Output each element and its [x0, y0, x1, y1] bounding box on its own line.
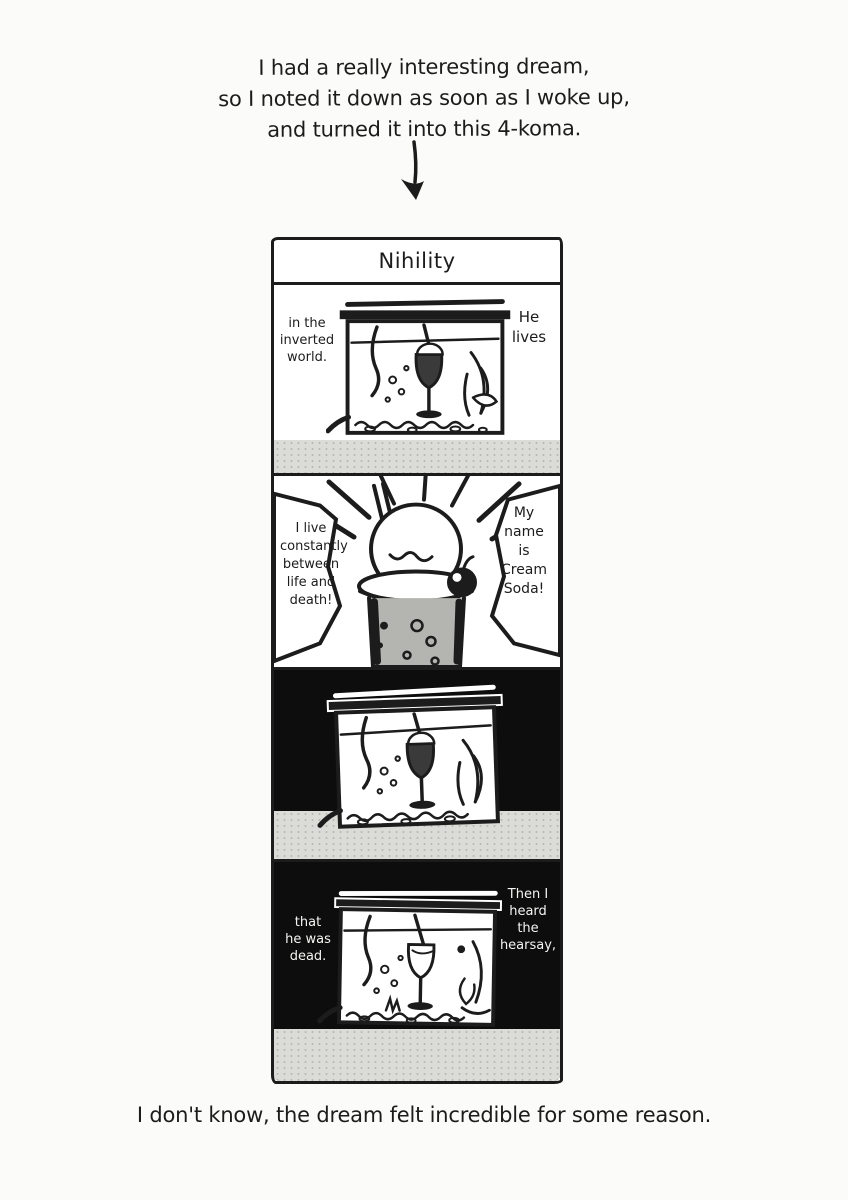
comic-title: Nihility: [378, 249, 455, 273]
down-arrow-icon: [388, 140, 436, 202]
panel-4: that he was dead. Then I heard the hears…: [274, 862, 560, 1081]
panel-2: I live constantly between life and death…: [274, 476, 560, 670]
title-panel: Nihility: [274, 240, 560, 285]
panel1-caption-left: in the inverted world.: [276, 315, 338, 366]
comic-strip: Nihility: [271, 237, 563, 1084]
panel2-caption-right: My name is Cream Soda!: [492, 504, 556, 599]
outro-narration: I don't know, the dream felt incredible …: [0, 1103, 848, 1127]
panel1-caption-right: He lives: [500, 307, 558, 347]
fish-tank-illustration: [311, 682, 521, 851]
panel-3: [274, 670, 560, 862]
intro-narration: I had a really interesting dream, so I n…: [0, 50, 848, 147]
manga-page: I had a really interesting dream, so I n…: [0, 0, 848, 1200]
panel4-caption-left: that he was dead.: [278, 914, 338, 965]
panel2-caption-left: I live constantly between life and death…: [280, 520, 342, 610]
panel4-caption-right: Then I heard the hearsay,: [496, 886, 560, 954]
fish-tank-illustration: [317, 886, 516, 1047]
fish-tank-illustration: [326, 297, 522, 457]
panel-1: in the inverted world. He lives: [274, 285, 560, 476]
